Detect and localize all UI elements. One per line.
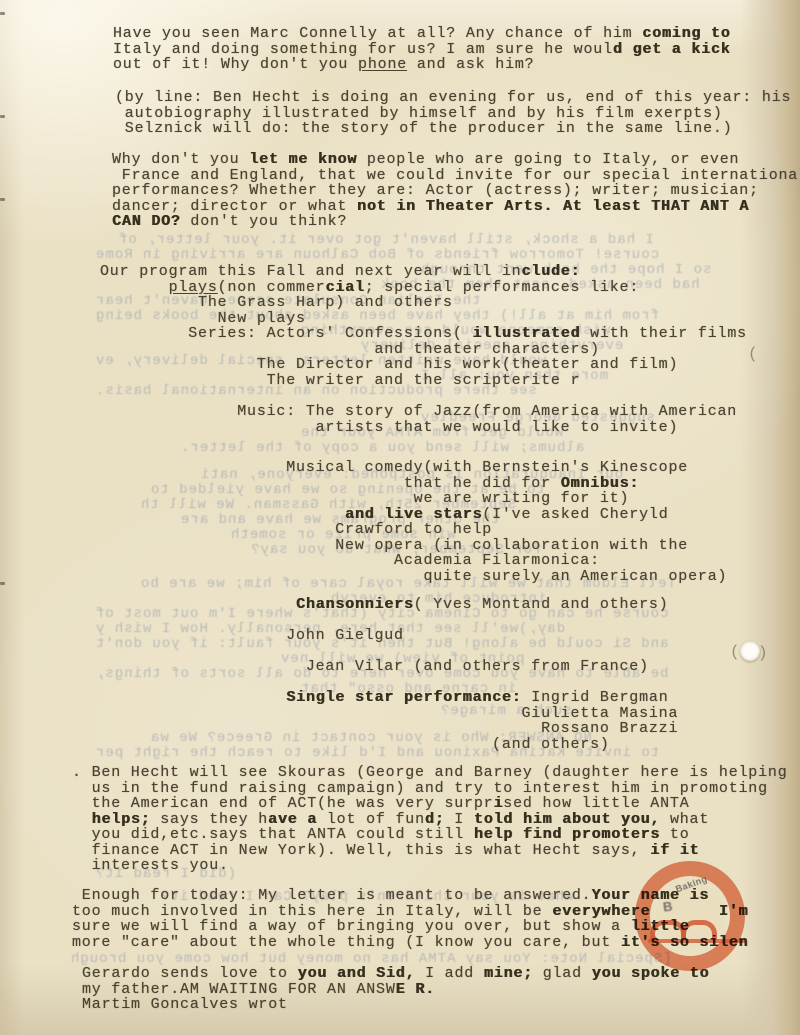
paper-edge-speck <box>0 198 5 201</box>
double-arch-icon <box>650 918 720 940</box>
arch-right-icon <box>681 920 717 940</box>
paper-edge-speck <box>0 115 5 118</box>
hole-punch <box>740 641 760 661</box>
scanned-letter: { "page": { "kind": "typewritten airmail… <box>0 0 800 1035</box>
paper-edge-speck <box>0 12 5 15</box>
stamp-baseline <box>648 939 745 943</box>
hole-paren-open: ( <box>730 643 740 661</box>
stamp-label-initial: B <box>662 898 673 914</box>
paper-edge-speck <box>0 582 5 585</box>
orange-stamp: Baking B <box>635 861 745 971</box>
stamp-ring-icon <box>635 861 745 971</box>
stray-paren: ( <box>748 345 758 363</box>
